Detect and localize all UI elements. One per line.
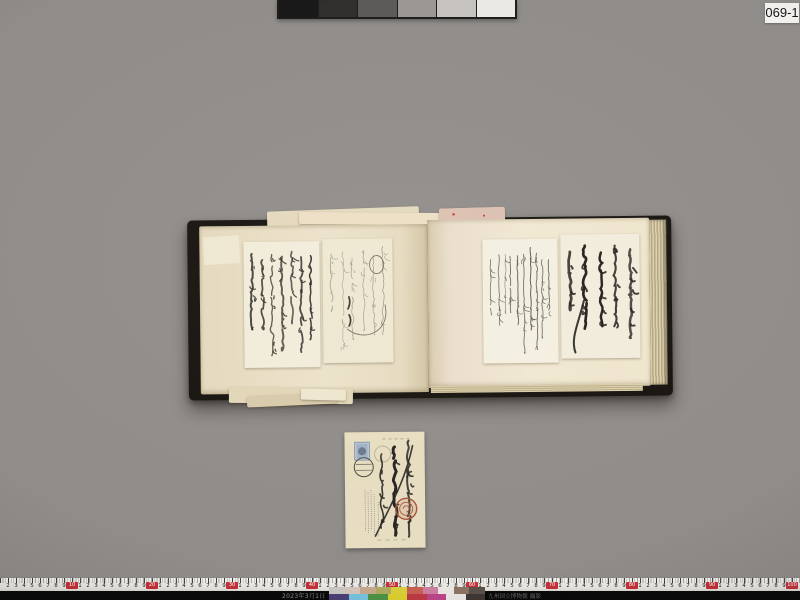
ruler-number: 2 (645, 583, 651, 590)
ruler-number: 2 (5, 583, 11, 590)
color-patch (427, 594, 447, 600)
ruler-number: 2 (725, 583, 731, 590)
color-patch (407, 594, 427, 600)
red-seal-icon (396, 498, 417, 519)
ruler-number: 3 (493, 583, 499, 590)
archival-photo-stage: 069-1 (0, 0, 800, 600)
ruler-number: 6 (677, 583, 683, 590)
ruler-number: 6 (197, 583, 203, 590)
ruler-number: 6 (517, 583, 523, 590)
ruler-number: 8 (213, 583, 219, 590)
photo-number-label: 069-1 (765, 3, 799, 23)
scrapbook-album (185, 203, 679, 408)
faint-postmark-icon (375, 446, 391, 462)
pasted-postcard-pencil-sketch (322, 238, 393, 363)
ruler-number: 7 (45, 583, 51, 590)
ruler-number: 5 (29, 583, 35, 590)
ruler-number: 7 (205, 583, 211, 590)
ruler-number: 7 (125, 583, 131, 590)
grayscale-step (398, 0, 438, 17)
grayscale-step (437, 0, 477, 17)
ruler-number: 3 (93, 583, 99, 590)
ruler-number: 1 (717, 583, 723, 590)
color-patch (329, 594, 349, 600)
page-fore-edge (649, 220, 668, 385)
ruler-number: 8 (133, 583, 139, 590)
grayscale-step (358, 0, 398, 17)
ruler-number: 7 (285, 583, 291, 590)
museum-credit: 九州国立博物館 撮影 (488, 592, 541, 600)
ruler-number: 5 (109, 583, 115, 590)
ruler-number: 2 (85, 583, 91, 590)
ruler-number: 7 (765, 583, 771, 590)
ruler-number: 5 (589, 583, 595, 590)
ruler-number: 2 (165, 583, 171, 590)
grayscale-step (319, 0, 359, 17)
ruler-number: 4 (661, 583, 667, 590)
ruler-number: 5 (269, 583, 275, 590)
ruler-number: 1 (557, 583, 563, 590)
ruler-number: 4 (101, 583, 107, 590)
ruler-number: 7 (525, 583, 531, 590)
ruler-number: 8 (773, 583, 779, 590)
ruler-number: 8 (293, 583, 299, 590)
ruler-number: 4 (261, 583, 267, 590)
ruler-number: 8 (613, 583, 619, 590)
ruler-number: 1 (317, 583, 323, 590)
ruler-number: 6 (277, 583, 283, 590)
ruler-number: 6 (597, 583, 603, 590)
handwriting-art (482, 239, 558, 364)
handwritten-address (379, 441, 414, 537)
handwriting-art (243, 241, 320, 368)
color-patch (368, 594, 388, 600)
ruler-number: 1 (637, 583, 643, 590)
loose-postcard (344, 432, 425, 549)
printed-sender-columns (365, 490, 378, 536)
ruler-number: 5 (189, 583, 195, 590)
ruler-number: 3 (653, 583, 659, 590)
ruler-number: 6 (757, 583, 763, 590)
ruler-number: 3 (733, 583, 739, 590)
ruler-number: 3 (173, 583, 179, 590)
ruler-number: 8 (533, 583, 539, 590)
ruler-decade-number: 100 (786, 582, 798, 589)
ruler-number: 8 (693, 583, 699, 590)
ruler-number: 3 (253, 583, 259, 590)
ruler-number: 4 (181, 583, 187, 590)
color-patch (349, 594, 369, 600)
ruler-number: 7 (605, 583, 611, 590)
color-patch (446, 594, 466, 600)
ruler-number: 2 (485, 583, 491, 590)
ruler-number: 4 (501, 583, 507, 590)
ruler-number: 1 (77, 583, 83, 590)
tape-remnant (203, 235, 241, 265)
ruler-number: 1 (157, 583, 163, 590)
ruler-number: 4 (741, 583, 747, 590)
photo-date: 2023年3月1日 (282, 591, 326, 600)
ruler-number: 5 (749, 583, 755, 590)
grayscale-calibration-bar (277, 0, 517, 19)
ruler-number: 1 (237, 583, 243, 590)
pasted-postcard-dense-text (482, 239, 558, 364)
ruler-number: 8 (53, 583, 59, 590)
ruler-number: 4 (581, 583, 587, 590)
grayscale-step (477, 0, 516, 17)
postcard-face (344, 432, 425, 549)
color-calibration-chart (329, 587, 485, 600)
ruler-number: 6 (37, 583, 43, 590)
ruler-number: 6 (117, 583, 123, 590)
ruler-number: 4 (21, 583, 27, 590)
handwriting-art (560, 234, 640, 359)
pasted-postcard-bold-calligraphy (560, 234, 640, 359)
ruler-number: 5 (669, 583, 675, 590)
protruding-sheet-bottom (301, 389, 346, 401)
ruler-number: 3 (13, 583, 19, 590)
pasted-postcard-calligraphy (243, 241, 320, 368)
ruler-number: 7 (685, 583, 691, 590)
ruler-number: 5 (509, 583, 515, 590)
grayscale-step (279, 0, 319, 17)
handwriting-art (322, 238, 393, 363)
ruler-number: 2 (565, 583, 571, 590)
ruler-number: 2 (245, 583, 251, 590)
color-patch (466, 594, 486, 600)
ruler-number: 3 (573, 583, 579, 590)
color-patch (388, 594, 408, 600)
